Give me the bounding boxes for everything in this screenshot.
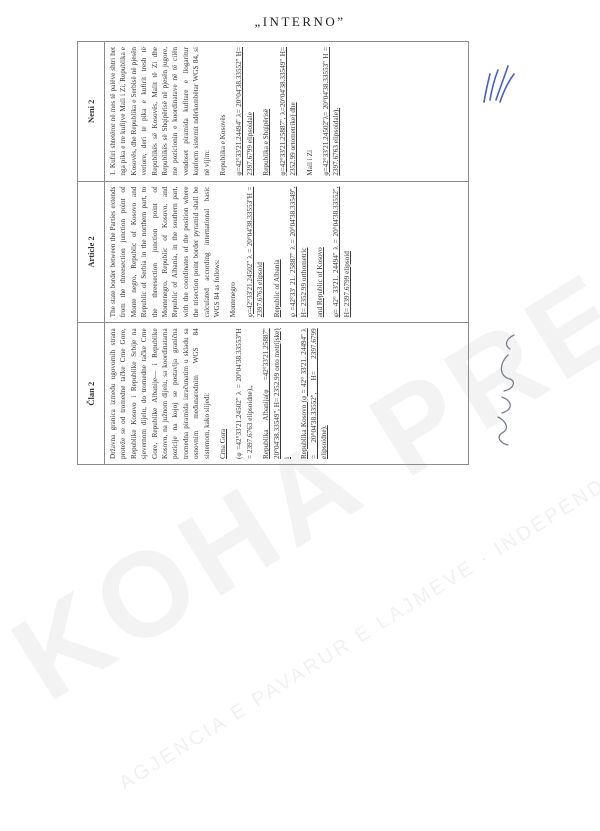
table-header-row: Član 2 Article 2 Neni 2	[78, 42, 105, 465]
entry-coords: φ=42°33'21.24494'' λ= 20°04'38.33552'' H…	[234, 47, 255, 176]
entry-label: Mali i Zi	[305, 47, 315, 176]
entry-label: Republic of Albania	[272, 187, 282, 318]
heading-english: Article 2	[78, 181, 105, 323]
entry-coords: (φ =42°33'21.24502'' λ = 20°04'38.33553'…	[234, 328, 255, 459]
cell-english: The state border between the Parties ext…	[105, 181, 469, 323]
entry-coords: φ =42°33' 21. 25887'' λ = 20°04'38.33549…	[288, 187, 309, 318]
treaty-table: Član 2 Article 2 Neni 2 Državna granica …	[77, 41, 469, 465]
article-text: The state border between the Parties ext…	[108, 187, 222, 318]
cell-albanian: 1. Kufiri shtetëror në mes të palëve sht…	[105, 42, 469, 182]
signature-bottom	[488, 325, 524, 455]
entry-coords: φ=42°33'21.24502'' λ = 20°04'38.33553''H…	[245, 187, 266, 318]
classification-header: „INTERNO”	[0, 14, 600, 30]
entry-coords: φ=42°33'21.24502''λ= 20°04'38.33553'' H …	[321, 47, 342, 176]
article-text: 1. Kufiri shtetëror në mes të palëve sht…	[108, 47, 212, 176]
article-text: Državna granica između ugovornih strana …	[108, 328, 212, 459]
cell-montenegrin: Državna granica između ugovornih strana …	[105, 323, 469, 465]
entry-label: Crna Gora	[218, 328, 228, 459]
rotated-treaty-table: Član 2 Article 2 Neni 2 Državna granica …	[77, 41, 469, 465]
signature-initials-top	[478, 60, 518, 110]
heading-albanian: Neni 2	[78, 42, 105, 182]
table-row: Državna granica između ugovornih strana …	[105, 42, 469, 465]
entry-label: and Republic of Kosovo	[315, 187, 325, 318]
entry-label: Republika e Kosovës	[218, 47, 228, 176]
entry-label: Republika e Shqipërisë	[261, 47, 271, 176]
entry-coords: φ=42°33'21.25887'', λ=20°04'38.33549'' H…	[278, 47, 299, 176]
entry-label: Montenegro	[228, 187, 238, 318]
entry-coords: Republika Albanija(φ =42°33'21.25887'' 2…	[261, 328, 292, 459]
entry-coords: Republika Kosovo (φ = 42° 33'21. 24494''…	[299, 328, 330, 459]
entry-coords: φ= 42° 33'21. 24494'' λ = 20°04'38.33552…	[331, 187, 352, 318]
heading-montenegrin: Član 2	[78, 323, 105, 465]
